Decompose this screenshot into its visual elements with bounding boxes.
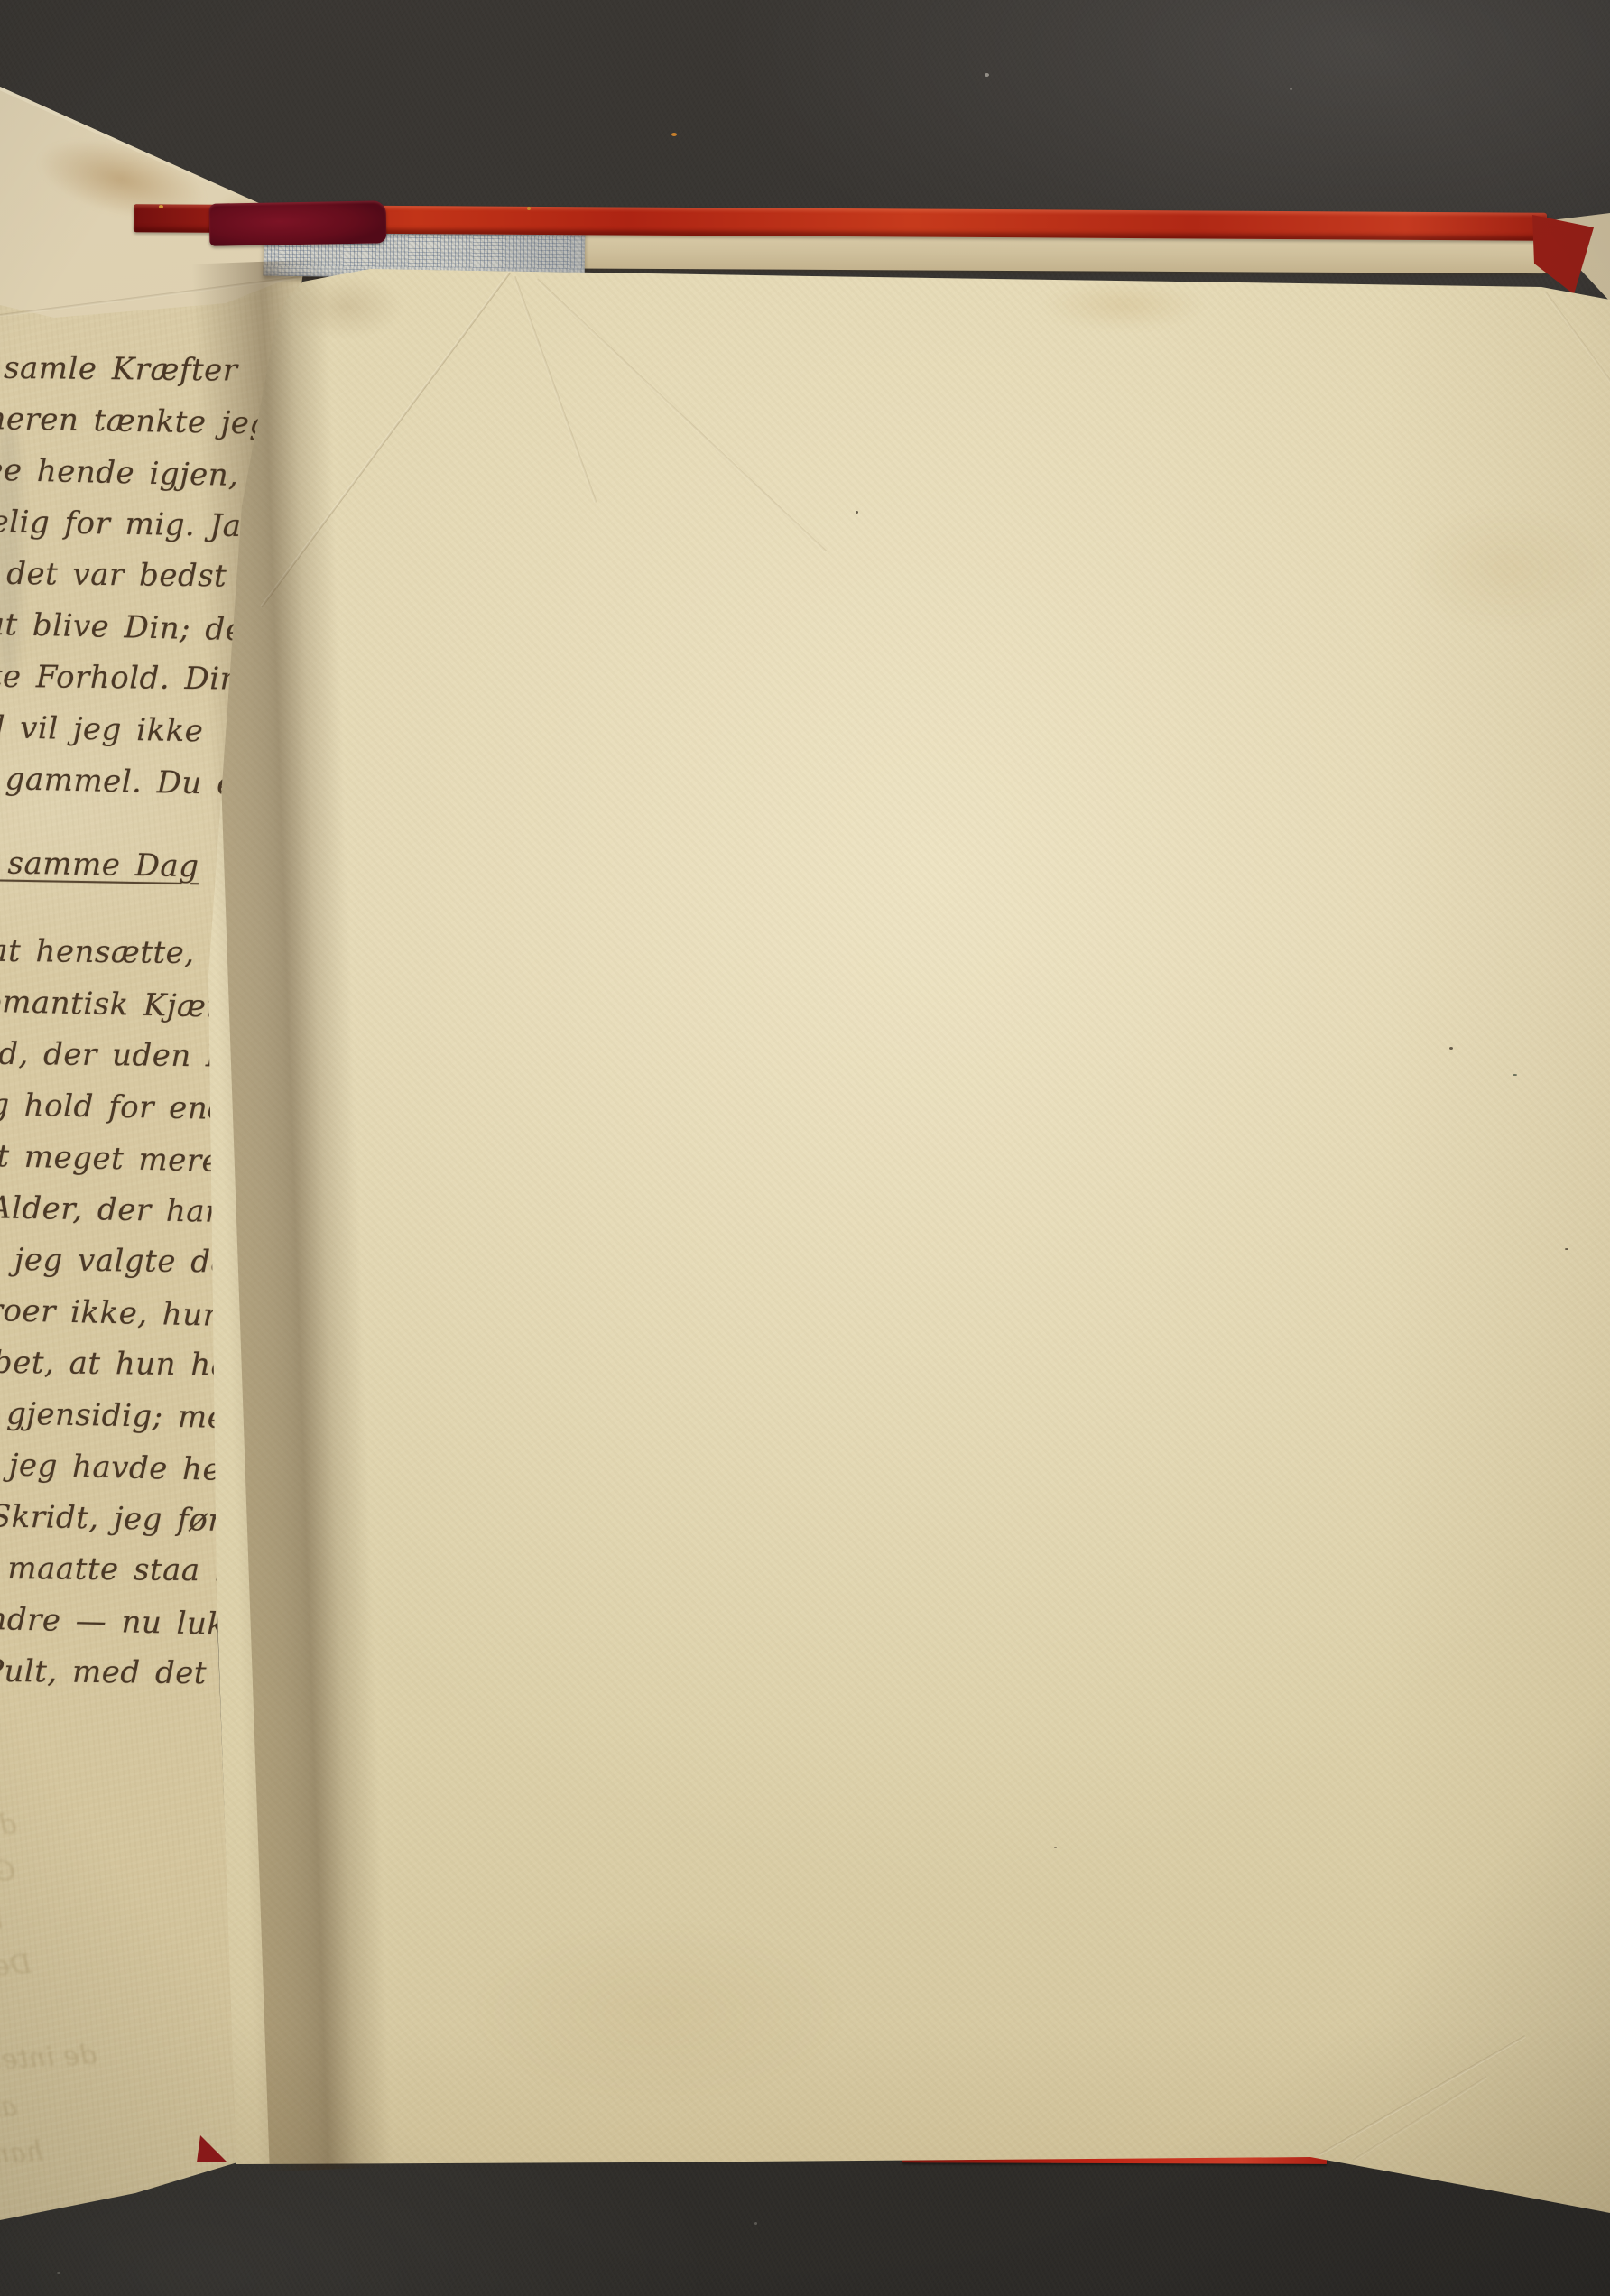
handwritten-line: en romantisk Kjærlig.: [0, 975, 179, 1032]
ink-speck: [1513, 1074, 1517, 1076]
handwritten-line: lighed, der uden Næring: [0, 1028, 183, 1082]
handwritten-line: liver gammel. Du er: [0, 752, 182, 810]
dust-speck: [57, 2272, 60, 2274]
handwritten-line: n, og jeg valgte da den: [0, 1234, 180, 1288]
handwritten-line: kan samle Kræfter: [0, 342, 195, 396]
handwritten-line: ommeren tænkte jeg: [0, 393, 192, 449]
handwritten-line: dette maatte staa her,: [0, 1542, 174, 1597]
dust-speck: [754, 2222, 757, 2225]
handwritten-line: at det meget mere er: [0, 1129, 176, 1187]
handwritten-line: e mig hold for endnu: [0, 1079, 180, 1134]
ink-speck: [1054, 1847, 1057, 1848]
paper-stain: [1408, 505, 1606, 632]
handwritten-line: et, at jeg havde hende: [0, 1438, 171, 1495]
paint-fleck: [671, 133, 677, 136]
paint-fleck: [527, 207, 531, 210]
handwritten-text-column: kan samle Kræfterommeren tænkte jegd, se…: [0, 341, 193, 1700]
bleedthrough-text-column: hogdet serGjøgel ned.Den Jotil Itde inte…: [0, 1747, 166, 2180]
handwritten-line: Jeg troer ikke, hun: [0, 1283, 173, 1341]
paper-stain: [1042, 280, 1205, 330]
paint-fleck: [159, 205, 163, 208]
handwritten-line: min Pult, med det Ønske:: [0, 1645, 172, 1699]
dust-speck: [1290, 88, 1292, 90]
dust-speck: [985, 73, 989, 77]
handwritten-line: nere samme Dag: [0, 837, 184, 893]
handwritten-line: dig at blive Din; der: [0, 597, 185, 655]
photograph-of-open-manuscript: kan samle Kræfterommeren tænkte jegd, se…: [0, 0, 1610, 2296]
handwritten-line: for Andre — nu lukker: [0, 1592, 168, 1650]
red-cover-worn-spine-corner: [209, 200, 387, 245]
ink-speck: [856, 511, 858, 514]
ink-speck: [1565, 1248, 1568, 1250]
handwritten-line: elskelig for mig. Ja,: [0, 495, 190, 551]
handwritten-line: meste Forhold. Din: [0, 651, 190, 705]
handwritten-line: ordi det var bedst: [0, 548, 191, 602]
ink-speck: [1449, 1047, 1453, 1050]
handwritten-line: Mind vil jeg ikke: [0, 701, 187, 757]
paper-stain: [469, 1922, 848, 2103]
handwritten-line: ig røbet, at hun havde: [0, 1337, 178, 1391]
handwritten-line: min Alder, der har: [0, 1181, 179, 1237]
handwritten-line: være gjensidig; men: [0, 1387, 175, 1443]
handwritten-line: d, see hende igjen, der: [0, 443, 188, 501]
handwritten-line: d et Skridt, jeg først-: [0, 1490, 173, 1546]
handwritten-line: her at hensætte, at: [0, 925, 184, 979]
